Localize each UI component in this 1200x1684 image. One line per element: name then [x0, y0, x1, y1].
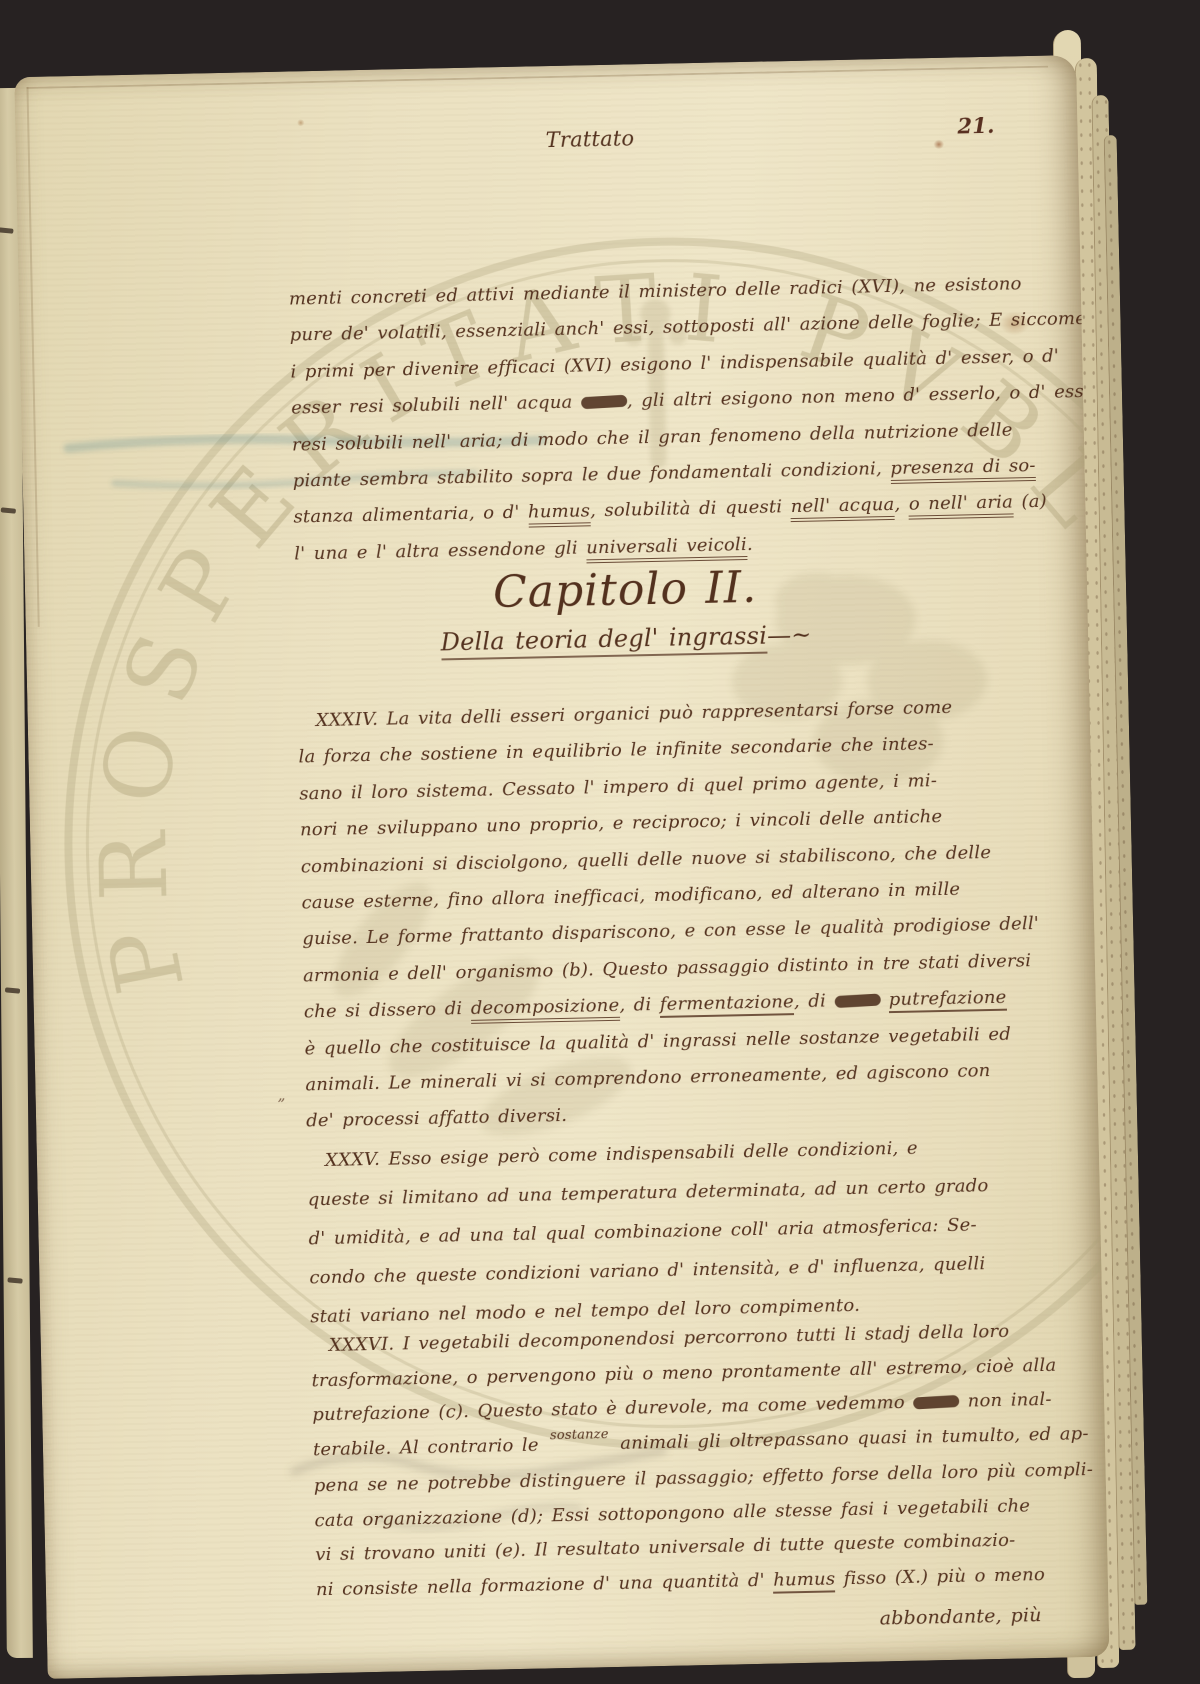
- manuscript-word: è quello che costituisce la qualità d' i…: [304, 1023, 1011, 1059]
- manuscript-word: putrefazione (c). Questo stato è durevol…: [312, 1392, 913, 1426]
- manuscript-word: (a): [1013, 491, 1047, 513]
- manuscript-word: la forza che sostiene in equilibrio le i…: [298, 734, 934, 768]
- manuscript-word: putrefazione: [889, 987, 1007, 1013]
- manuscript-word: animali. Le minerali vi si comprendono e…: [305, 1060, 990, 1095]
- manuscript-word: animali gli oltrepassano quasi in tumult…: [612, 1423, 1089, 1454]
- subtitle-flourish: —~: [767, 621, 812, 650]
- crease-line: [26, 87, 39, 627]
- manuscript-word: che si dissero di: [304, 998, 471, 1022]
- manuscript-word: fermentazione: [660, 991, 795, 1018]
- manuscript-word: , di: [619, 994, 660, 1016]
- manuscript-word: l' una e l' altra essendone gli: [294, 537, 586, 564]
- catchword: abbondante, più: [871, 1604, 1041, 1630]
- manuscript-word: d' umidità, e ad una tal qual combinazio…: [308, 1214, 977, 1249]
- manuscript-word: nell' acqua: [790, 494, 894, 522]
- manuscript-word: , gli altri esigono non meno d' esserlo,…: [627, 381, 1104, 412]
- manuscript-word: , di: [794, 991, 835, 1013]
- manuscript-word: cause esterne, fino allora inefficaci, m…: [301, 879, 960, 914]
- manuscript-word: universali veicoli: [586, 534, 747, 563]
- manuscript-word: XXXV. Esso esige però come indispensabil…: [325, 1138, 918, 1171]
- binding-stitch: [0, 227, 14, 233]
- scribble-blot: [913, 1395, 960, 1410]
- scribble-blot: [834, 994, 881, 1009]
- manuscript-word: condo che queste condizioni variano d' i…: [309, 1253, 985, 1288]
- manuscript-word: esser resi solubili nell' acqua: [291, 392, 581, 419]
- manuscript-word: sano il loro sistema. Cessato l' impero …: [299, 770, 937, 804]
- manuscript-word: ni consiste nella formazione d' una quan…: [316, 1569, 774, 1600]
- manuscript-word: queste si limitano ad una temperatura de…: [308, 1175, 989, 1210]
- opening-paragraph: menti concreti ed attivi mediante il min…: [249, 265, 1085, 574]
- manuscript-word: , solubilità di questi: [590, 497, 791, 522]
- scribble-blot: [581, 395, 628, 410]
- margin-mark: „: [277, 1086, 285, 1104]
- manuscript-word: ,: [894, 494, 909, 515]
- manuscript-word: fisso (X.) più o meno: [835, 1563, 1045, 1588]
- manuscript-word: sostanze: [550, 1418, 609, 1454]
- manuscript-word: terabile. Al contrario le: [313, 1434, 548, 1460]
- chapter-subtitle: Della teoria degl' ingrassi—~: [256, 617, 996, 660]
- section-xxxv: XXXV. Esso esige però come indispensabil…: [267, 1125, 1101, 1337]
- manuscript-word: de' processi affatto diversi.: [306, 1105, 567, 1131]
- manuscript-word: o nell' aria: [909, 492, 1014, 520]
- paper-sheet: PROSPERITATI PVBLICAE: [14, 55, 1109, 1679]
- manuscript-word: XXXIV. La vita delli esseri organici può…: [316, 697, 953, 731]
- manuscript-word: stanza alimentaria, o d': [293, 502, 528, 528]
- page-number: 21.: [957, 113, 995, 139]
- manuscript-word: piante sembra stabilito sopra le due fon…: [293, 458, 891, 492]
- manuscript-word: non inal-: [959, 1389, 1052, 1412]
- manuscript-word: decomposizione: [471, 995, 620, 1024]
- manuscript-scan: PROSPERITATI PVBLICAE: [0, 0, 1200, 1684]
- chapter-subtitle-text: Della teoria degl' ingrassi: [440, 622, 767, 661]
- binding-stitch: [1, 507, 16, 513]
- binding-stitch: [5, 987, 20, 993]
- manuscript-word: humus: [773, 1568, 836, 1593]
- manuscript-text: Trattato 21. menti concreti ed attivi me…: [244, 55, 1107, 1674]
- manuscript-word: .: [747, 534, 753, 555]
- running-title: Trattato: [545, 126, 634, 152]
- manuscript-word: humus: [528, 501, 591, 528]
- section-xxxvi: XXXVI. I vegetabili decomponendosi perco…: [271, 1313, 1107, 1608]
- manuscript-word: XXXVI. I vegetabili decomponendosi perco…: [329, 1321, 1010, 1356]
- manuscript-word: combinazioni si disciolgono, quelli dell…: [301, 842, 992, 877]
- section-xxxiv: XXXIV. La vita delli esseri organici può…: [257, 687, 1096, 1141]
- binding-stitch: [7, 1277, 22, 1283]
- manuscript-word: presenza di so-: [890, 455, 1036, 484]
- manuscript-word: nori ne sviluppano uno proprio, e recipr…: [300, 806, 943, 840]
